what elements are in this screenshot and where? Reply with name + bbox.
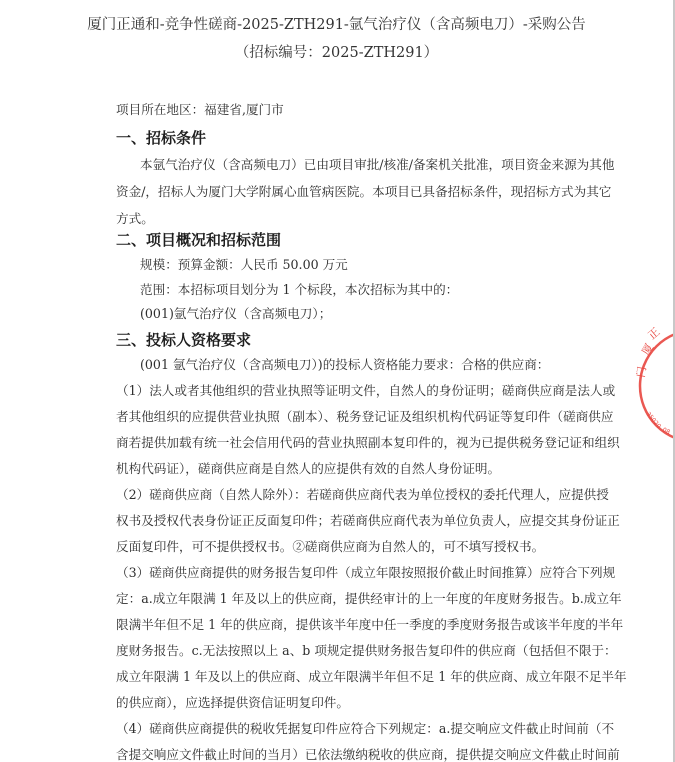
svg-text:厦: 厦 <box>639 341 656 357</box>
paragraph-line: （1）法人或者其他组织的营业执照等证明文件，自然人的身份证明；磋商供应商是法人或 <box>116 383 615 399</box>
paragraph-line: 商若提供加载有统一社会信用代码的营业执照副本复印件的，视为已提供税务登记证和组织 <box>116 435 620 451</box>
section-heading-2: 二、项目概况和招标范围 <box>116 229 281 250</box>
paragraph-line: 度财务报告。c.无法按照以上 a、b 项规定提供财务报告复印件的供应商（包括但不… <box>116 643 617 659</box>
section-heading-1: 一、招标条件 <box>116 127 206 148</box>
paragraph-line: （4）磋商供应商提供的税收凭据复印件应符合下列规定：a.提交响应文件截止时间前（… <box>116 721 614 737</box>
document-title: 厦门正通和-竞争性磋商-2025-ZTH291-氩气治疗仪（含高频电刀）-采购公… <box>0 13 673 34</box>
paragraph-line: 机构代码证），磋商供应商是自然人的应提供有效的自然人身份证明。 <box>116 461 500 477</box>
paragraph-line: 成立年限满 1 年及以上的供应商、成立年限满半年但不足 1 年的供应商、成立年限… <box>116 669 627 685</box>
paragraph-line: 方式。 <box>116 211 154 227</box>
budget-line: 规模：预算金额：人民币 50.00 万元 <box>140 257 348 273</box>
paragraph-line: 者其他组织的应提供营业执照（副本）、税务登记证及组织机构代码证等复印件（磋商供应 <box>116 409 613 425</box>
paragraph-line: 权书及授权代表身份证正反面复印件；若磋商供应商代表为单位负责人，应提交其身份证正 <box>116 513 620 529</box>
paragraph-line: 限满半年但不足 1 年的供应商，提供该半年度中任一季度的季度财务报告或该半年度的… <box>116 617 623 633</box>
document-subtitle: （招标编号：2025-ZTH291） <box>0 41 673 62</box>
paragraph-line: (001 氩气治疗仪（含高频电刀）)的投标人资格能力要求：合格的供应商： <box>140 357 549 373</box>
paragraph-line: （3）磋商供应商提供的财务报告复印件（成立年限按照报价截止时间推算）应符合下列规 <box>116 565 615 581</box>
official-seal-icon: 厦 门 正 35020 08 <box>636 326 675 446</box>
paragraph-line: 含提交响应文件截止时间的当月）已依法缴纳税收的供应商，提供提交响应文件截止时间前 <box>116 747 620 762</box>
paragraph-line: 定：a.成立年限满 1 年及以上的供应商，提供经审计的上一年度的年度财务报告。b… <box>116 591 622 607</box>
lot-line: (001)氩气治疗仪（含高频电刀）； <box>140 306 331 322</box>
svg-text:35020: 35020 <box>644 411 662 430</box>
scope-line: 范围：本招标项目划分为 1 个标段，本次招标为其中的： <box>140 282 458 298</box>
paragraph-line: 本氩气治疗仪（含高频电刀）已由项目审批/核准/备案机关批准，项目资金来源为其他 <box>140 157 614 173</box>
document-page: 厦门正通和-竞争性磋商-2025-ZTH291-氩气治疗仪（含高频电刀）-采购公… <box>0 0 673 762</box>
paragraph-line: 资金/，招标人为厦门大学附属心血管病医院。本项目已具备招标条件，现招标方式为其它 <box>116 184 611 200</box>
project-region: 项目所在地区：福建省,厦门市 <box>116 102 284 118</box>
svg-text:门: 门 <box>636 365 649 378</box>
paragraph-line: （2）磋商供应商（自然人除外）：若磋商供应商代表为单位授权的委托代理人，应提供授 <box>116 487 609 503</box>
paragraph-line: 的供应商），应选择提供资信证明复印件。 <box>116 695 349 711</box>
svg-text:正: 正 <box>646 326 663 342</box>
paragraph-line: 反面复印件，可不提供授权书。②磋商供应商为自然人的，可不填写授权书。 <box>116 539 544 555</box>
section-heading-3: 三、投标人资格要求 <box>116 329 251 350</box>
